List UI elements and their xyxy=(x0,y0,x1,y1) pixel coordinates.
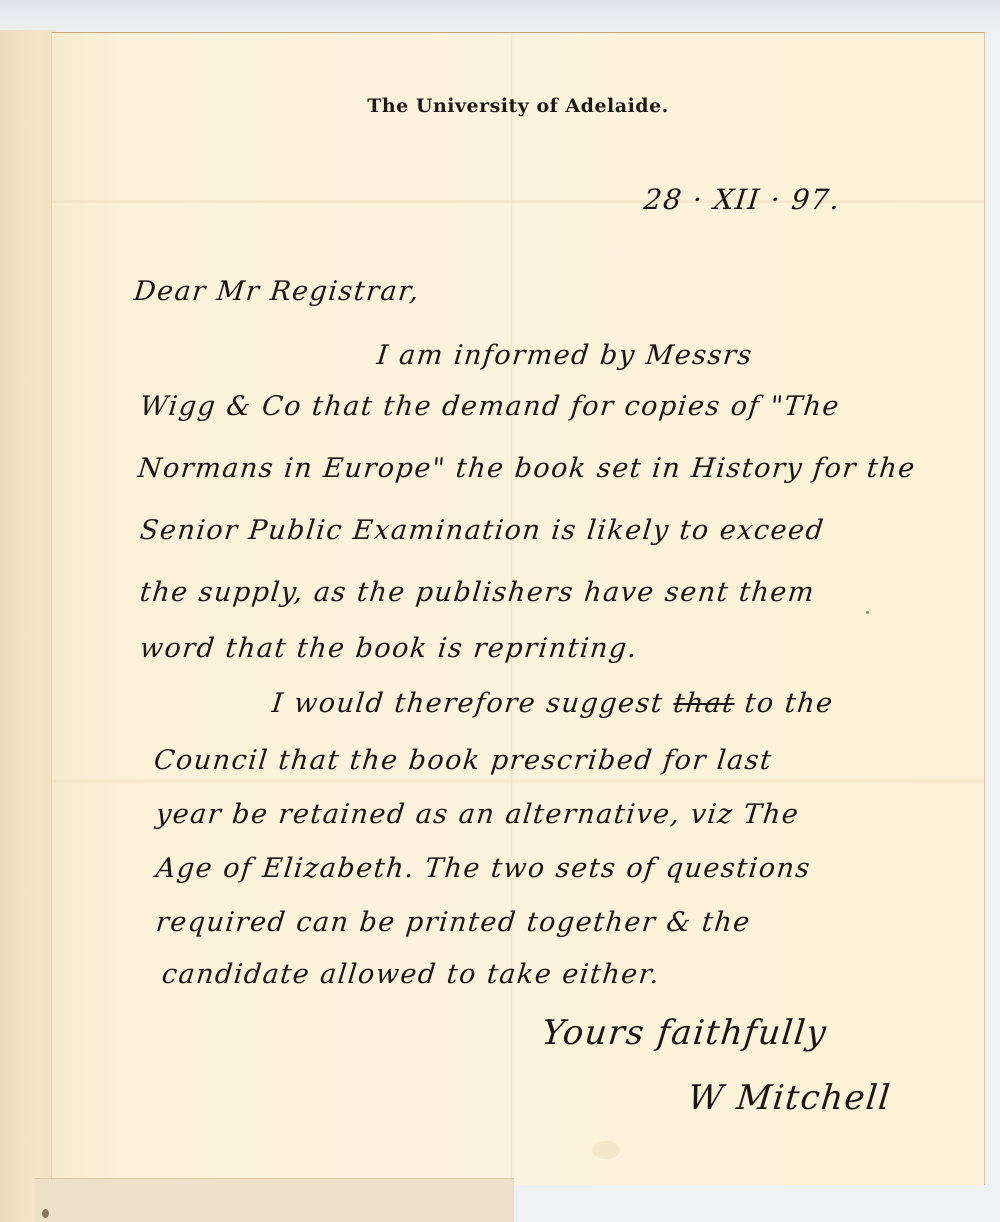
line-text: to the xyxy=(733,688,835,719)
letter-line: Council that the book prescribed for las… xyxy=(152,745,774,776)
closing: Yours faithfully xyxy=(540,1013,829,1053)
letterhead: The University of Adelaide. xyxy=(52,95,984,117)
letter-sheet: The University of Adelaide. 28 · XII · 9… xyxy=(52,32,985,1185)
letter-line: candidate allowed to take either. xyxy=(160,959,662,990)
salutation: Dear Mr Registrar, xyxy=(132,276,421,307)
letter-line: Senior Public Examination is likely to e… xyxy=(138,515,826,546)
horizontal-fold-line xyxy=(52,778,984,784)
letter-line: word that the book is reprinting. xyxy=(138,633,639,664)
paper-speck xyxy=(866,611,869,614)
letter-line: Normans in Europe" the book set in Histo… xyxy=(136,453,917,484)
paper-stain xyxy=(592,1141,620,1159)
date: 28 · XII · 97. xyxy=(642,183,842,216)
letter-line: required can be printed together & the xyxy=(154,907,752,938)
struck-word: that xyxy=(672,688,736,719)
letter-line: I would therefore suggest that to the xyxy=(270,688,835,719)
bottom-sheet xyxy=(34,1178,514,1222)
upper-fold-line xyxy=(52,200,984,203)
vertical-fold-line xyxy=(510,33,513,1185)
letter-line: Wigg & Co that the demand for copies of … xyxy=(138,391,841,422)
back-sheet xyxy=(0,30,56,1222)
paper-spot xyxy=(42,1209,49,1218)
letter-line: Age of Elizabeth. The two sets of questi… xyxy=(154,853,812,884)
scanner-background xyxy=(0,0,1000,34)
line-text: I would therefore suggest xyxy=(270,688,675,719)
letter-line: the supply, as the publishers have sent … xyxy=(138,577,816,608)
signature: W Mitchell xyxy=(686,1078,893,1118)
letter-line: I am informed by Messrs xyxy=(375,340,754,371)
letter-line: year be retained as an alternative, viz … xyxy=(154,799,801,830)
